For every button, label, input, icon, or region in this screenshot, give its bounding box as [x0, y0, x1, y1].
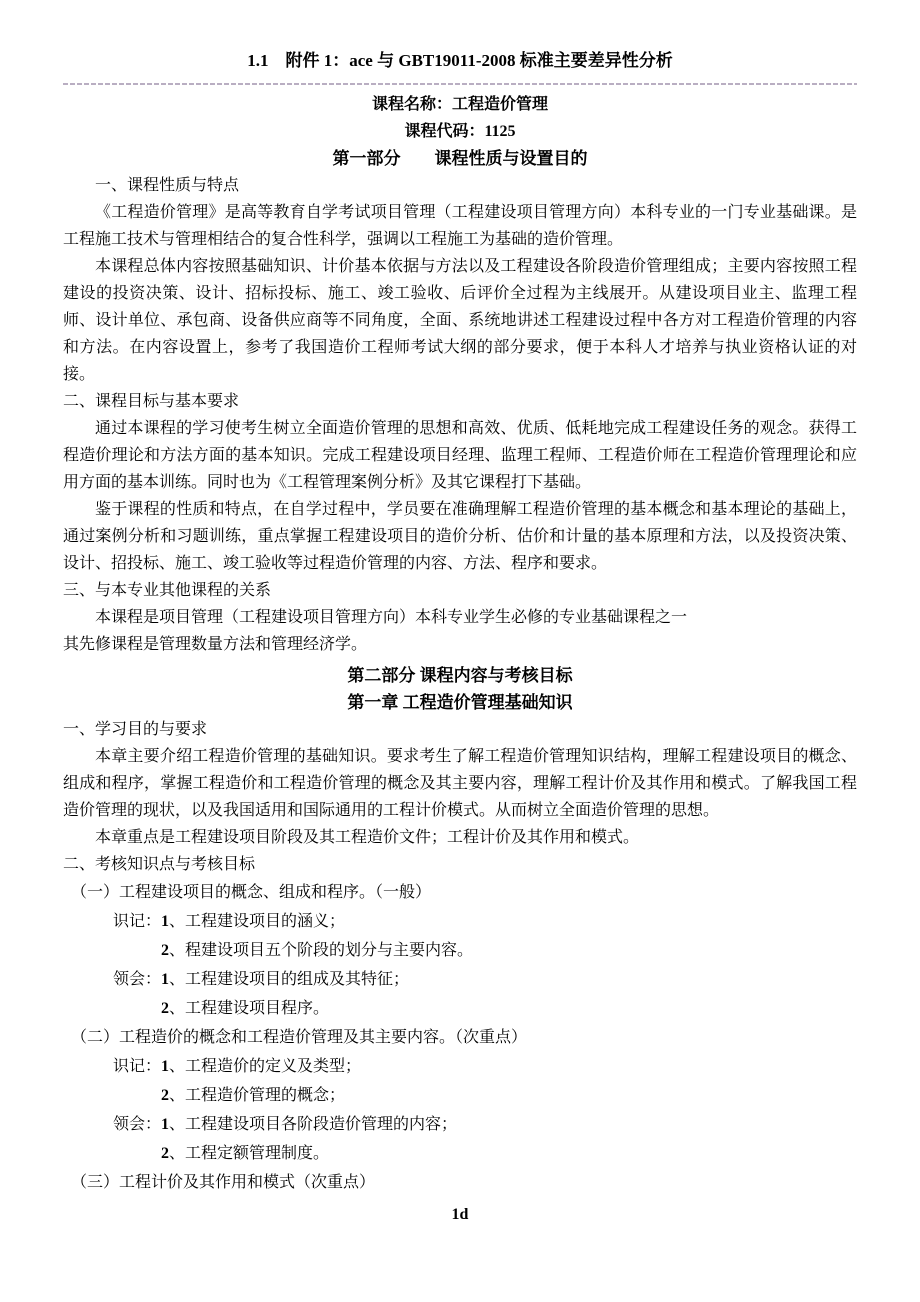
part1-section3-line2: 其先修课程是管理数量方法和管理经济学。: [63, 631, 857, 658]
point-item: 识记：1、工程造价的定义及类型；: [63, 1052, 857, 1081]
part2-heading: 第二部分 课程内容与考核目标: [63, 662, 857, 689]
item-number: 2: [161, 1087, 169, 1104]
part1-section1-paragraph2: 本课程总体内容按照基础知识、计价基本依据与方法以及工程建设各阶段造价管理组成；主…: [63, 253, 857, 388]
part1-section2-heading: 二、课程目标与基本要求: [63, 388, 857, 415]
part1-heading: 第一部分 课程性质与设置目的: [63, 145, 857, 172]
point-item: 领会：1、工程建设项目的组成及其特征；: [63, 965, 857, 994]
point-item-continuation: 2、程建设项目五个阶段的划分与主要内容。: [63, 936, 857, 965]
part1-section1-paragraph1: 《工程造价管理》是高等教育自学考试项目管理（工程建设项目管理方向）本科专业的一门…: [63, 199, 857, 253]
point-item-continuation: 2、工程造价管理的概念；: [63, 1081, 857, 1110]
item-number: 1: [161, 1116, 169, 1133]
point-item: 领会：1、工程建设项目各阶段造价管理的内容；: [63, 1110, 857, 1139]
point-item: 识记：1、工程建设项目的涵义；: [63, 907, 857, 936]
point-item-continuation: 2、工程定额管理制度。: [63, 1139, 857, 1168]
point-heading: （一）工程建设项目的概念、组成和程序。（一般）: [63, 878, 857, 907]
item-number: 2: [161, 942, 169, 959]
item-number: 1: [161, 913, 169, 930]
part2-section1-heading: 一、学习目的与要求: [63, 716, 857, 743]
cognition-level-label: 识记：: [113, 913, 161, 930]
assessment-points: （一）工程建设项目的概念、组成和程序。（一般）识记：1、工程建设项目的涵义；2、…: [63, 878, 857, 1197]
cognition-level-label: 识记：: [113, 1058, 161, 1075]
course-code-line: 课程代码：1125: [63, 118, 857, 145]
item-number: 2: [161, 1145, 169, 1162]
point-item-continuation: 2、工程建设项目程序。: [63, 994, 857, 1023]
part1-section3-line1: 本课程是项目管理（工程建设项目管理方向）本科专业学生必修的专业基础课程之一: [63, 604, 857, 631]
part1-section1-heading: 一、课程性质与特点: [63, 172, 857, 199]
cognition-level-label: 领会：: [113, 971, 161, 988]
chapter1-heading: 第一章 工程造价管理基础知识: [63, 689, 857, 716]
part1-section2-paragraph2: 鉴于课程的性质和特点，在自学过程中，学员要在准确理解工程造价管理的基本概念和基本…: [63, 496, 857, 577]
part2-section1-paragraph1: 本章主要介绍工程造价管理的基础知识。要求考生了解工程造价管理知识结构，理解工程建…: [63, 743, 857, 824]
point-heading: （三）工程计价及其作用和模式（次重点）: [63, 1168, 857, 1197]
document-page: 1.1 附件 1：ace 与 GBT19011-2008 标准主要差异性分析 课…: [0, 0, 920, 1302]
course-name-line: 课程名称：工程造价管理: [63, 91, 857, 118]
item-number: 1: [161, 971, 169, 988]
part1-section3-heading: 三、与本专业其他课程的关系: [63, 577, 857, 604]
item-number: 2: [161, 1000, 169, 1017]
part2-section2-heading: 二、考核知识点与考核目标: [63, 851, 857, 878]
point-heading: （二）工程造价的概念和工程造价管理及其主要内容。（次重点）: [63, 1023, 857, 1052]
part2-section1-paragraph2: 本章重点是工程建设项目阶段及其工程造价文件；工程计价及其作用和模式。: [63, 824, 857, 851]
page-number: 1d: [0, 1206, 920, 1224]
cognition-level-label: 领会：: [113, 1116, 161, 1133]
page-header-title: 1.1 附件 1：ace 与 GBT19011-2008 标准主要差异性分析: [63, 50, 857, 72]
header-divider: [63, 83, 857, 85]
part1-section2-paragraph1: 通过本课程的学习使考生树立全面造价管理的思想和高效、优质、低耗地完成工程建设任务…: [63, 415, 857, 496]
page-body: 1.1 附件 1：ace 与 GBT19011-2008 标准主要差异性分析 课…: [0, 0, 920, 1197]
item-number: 1: [161, 1058, 169, 1075]
